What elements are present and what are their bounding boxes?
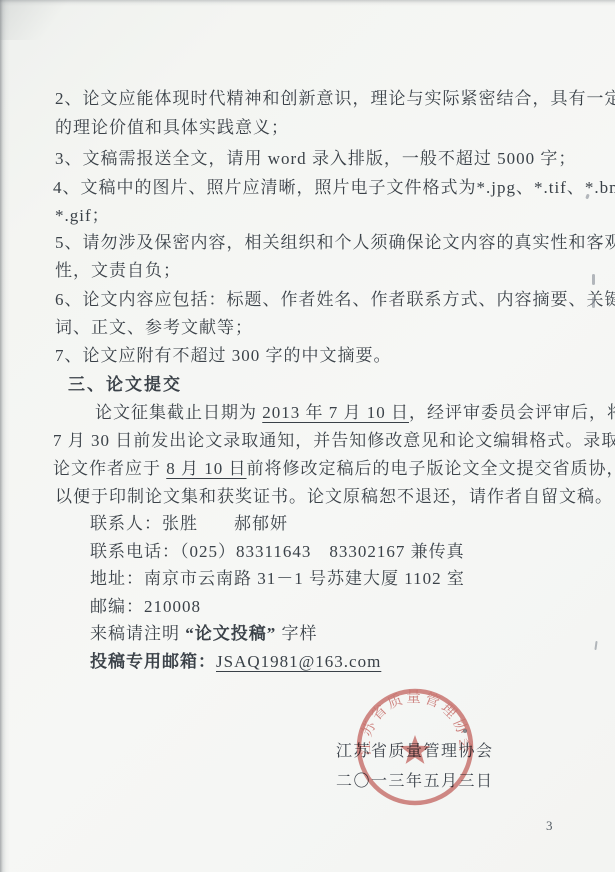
rule-4-line-1: 4、文稿中的图片、照片应清晰，照片电子文件格式为*.jpg、*.tif、*.bm… (53, 177, 615, 199)
submission-para-line-4: 以便于印制论文集和获奖证书。论文原稿恕不退还，请作者自留文稿。 (55, 486, 613, 508)
official-seal-stamp: 江苏省质量管理协会 (350, 683, 480, 813)
submission-para-line-1: 论文征集截止日期为 2013 年 7 月 10 日，经评审委员会评审后，将于 (95, 402, 615, 424)
contact-phone: 联系电话：（025）83311643 83302167 兼传真 (90, 541, 465, 563)
rule-2-line-1: 2、论文应能体现时代精神和创新意识，理论与实际紧密结合，具有一定 (55, 88, 615, 110)
scan-artifact-dot (463, 729, 467, 733)
rule-6-line-1: 6、论文内容应包括：标题、作者姓名、作者联系方式、内容摘要、关键 (55, 289, 615, 311)
scan-artifact-dash (592, 274, 595, 285)
scan-edge-corner (0, 0, 90, 40)
rule-2-line-2: 的理论价值和具体实践意义； (55, 117, 289, 139)
rule-3-line-1: 3、文稿需报送全文，请用 word 录入排版，一般不超过 5000 字； (55, 148, 576, 170)
rule-5-line-2: 性，文责自负； (55, 260, 181, 282)
rule-7-line-1: 7、论文应附有不超过 300 字的中文摘要。 (55, 345, 392, 367)
para-text: 论文作者应于 (53, 459, 166, 478)
page-number: 3 (546, 818, 553, 834)
scan-edge-top (0, 0, 615, 6)
contact-email-line: 投稿专用邮箱：JSAQ1981@163.com (90, 651, 381, 673)
final-date-underlined: 8 月 10 日 (166, 459, 246, 478)
submission-para-line-3: 论文作者应于 8 月 10 日前将修改定稿后的电子版论文全文提交省质协， (53, 458, 615, 480)
para-text: 前将修改定稿后的电子版论文全文提交省质协， (247, 459, 615, 478)
contact-note: 来稿请注明 “论文投稿” 字样 (90, 623, 318, 645)
para-text: 论文征集截止日期为 (95, 403, 262, 422)
section-heading-paper-submission: 三、论文提交 (68, 374, 182, 396)
note-text: 来稿请注明 (90, 624, 185, 643)
scan-edge-left (0, 0, 10, 872)
contact-address: 地址：南京市云南路 31－1 号苏建大厦 1102 室 (90, 568, 465, 590)
submission-para-line-2: 7 月 30 日前发出论文录取通知，并告知修改意见和论文编辑格式。录取 (53, 430, 615, 452)
scanned-document-page: 2、论文应能体现时代精神和创新意识，理论与实际紧密结合，具有一定 的理论价值和具… (0, 0, 615, 872)
contact-postcode: 邮编：210008 (90, 596, 201, 618)
email-label: 投稿专用邮箱： (90, 652, 216, 671)
note-text: 字样 (276, 624, 317, 643)
rule-4-line-2: *.gif； (55, 205, 110, 227)
deadline-date-underlined: 2013 年 7 月 10 日 (262, 403, 409, 422)
note-emphasis: “论文投稿” (185, 624, 276, 643)
rule-6-line-2: 词、正文、参考文献等； (55, 317, 253, 339)
para-text: ，经评审委员会评审后，将于 (409, 403, 615, 422)
email-address: JSAQ1981@163.com (216, 652, 381, 671)
scan-artifact-speck (594, 641, 597, 650)
scan-artifact-dash (592, 297, 595, 308)
star-icon (400, 735, 430, 764)
contact-person: 联系人：张胜 郝郁妍 (90, 513, 288, 535)
rule-5-line-1: 5、请勿涉及保密内容，相关组织和个人须确保论文内容的真实性和客观 (55, 232, 615, 254)
